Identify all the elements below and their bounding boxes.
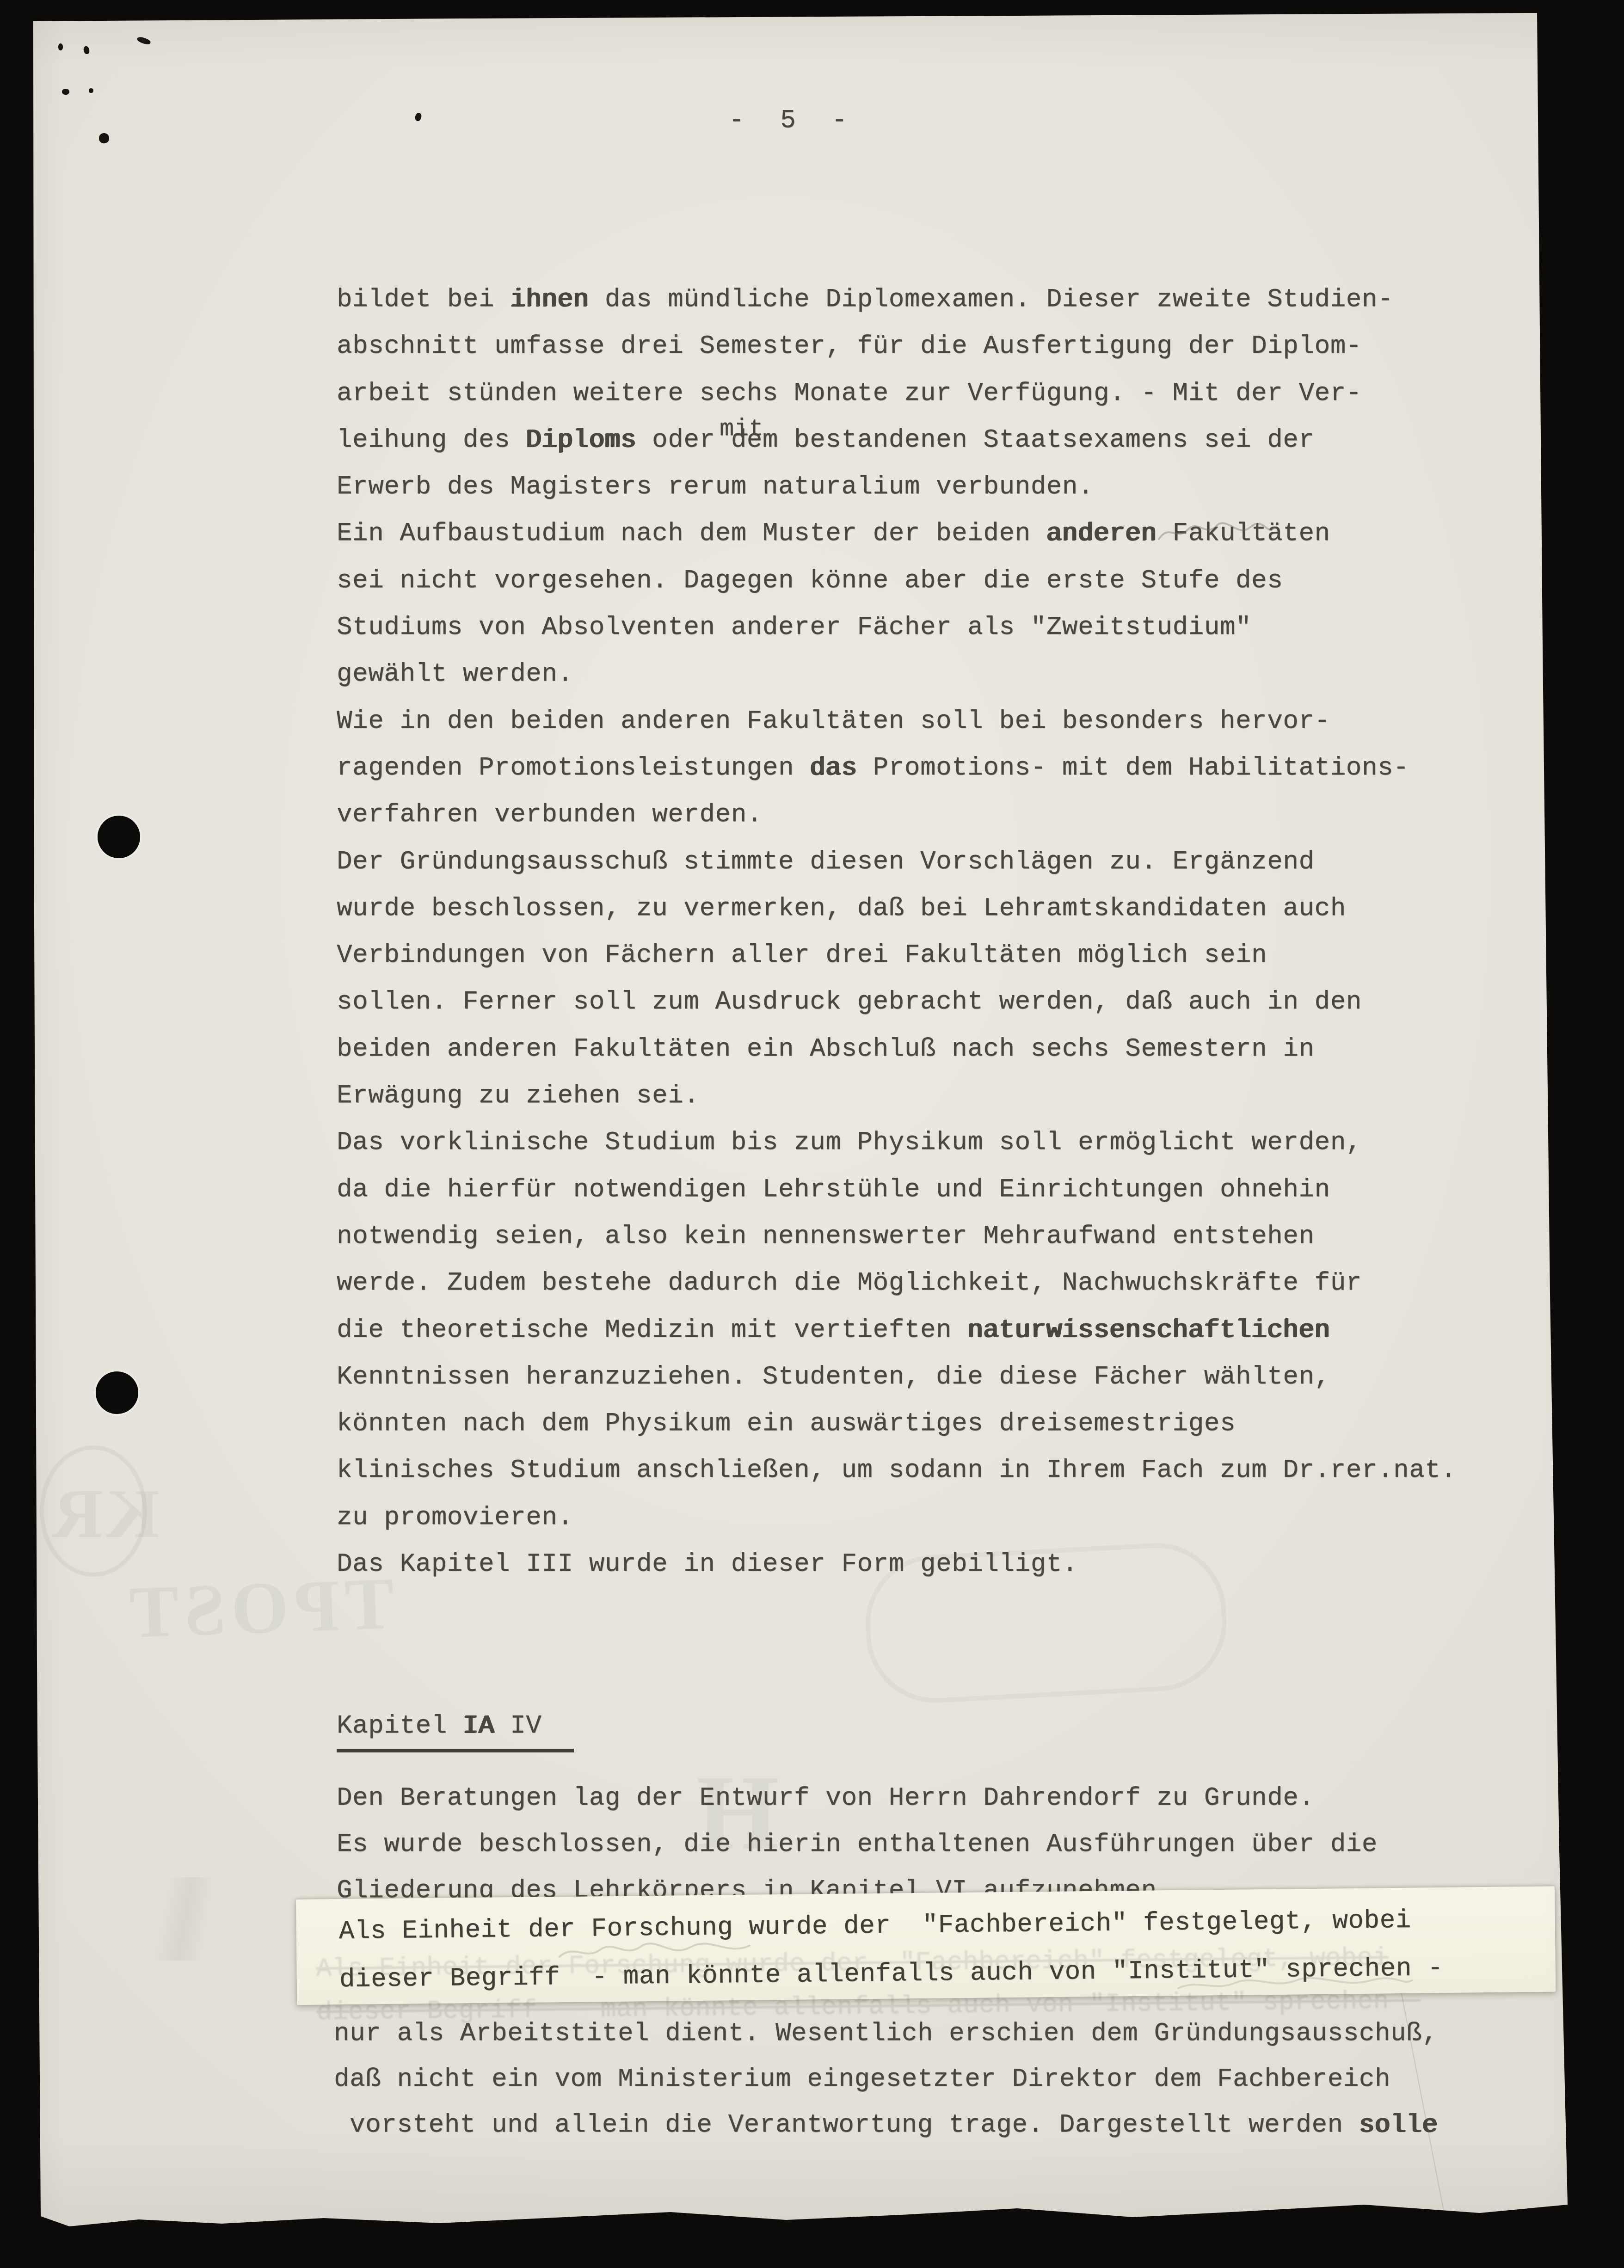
paper-sheet: KR TPOST H - 5 - bildet bei ihnen das mü…: [0, 0, 1624, 2268]
paper-edge-shading: [0, 0, 1624, 2268]
scanned-document-photo: KR TPOST H - 5 - bildet bei ihnen das mü…: [0, 0, 1624, 2268]
